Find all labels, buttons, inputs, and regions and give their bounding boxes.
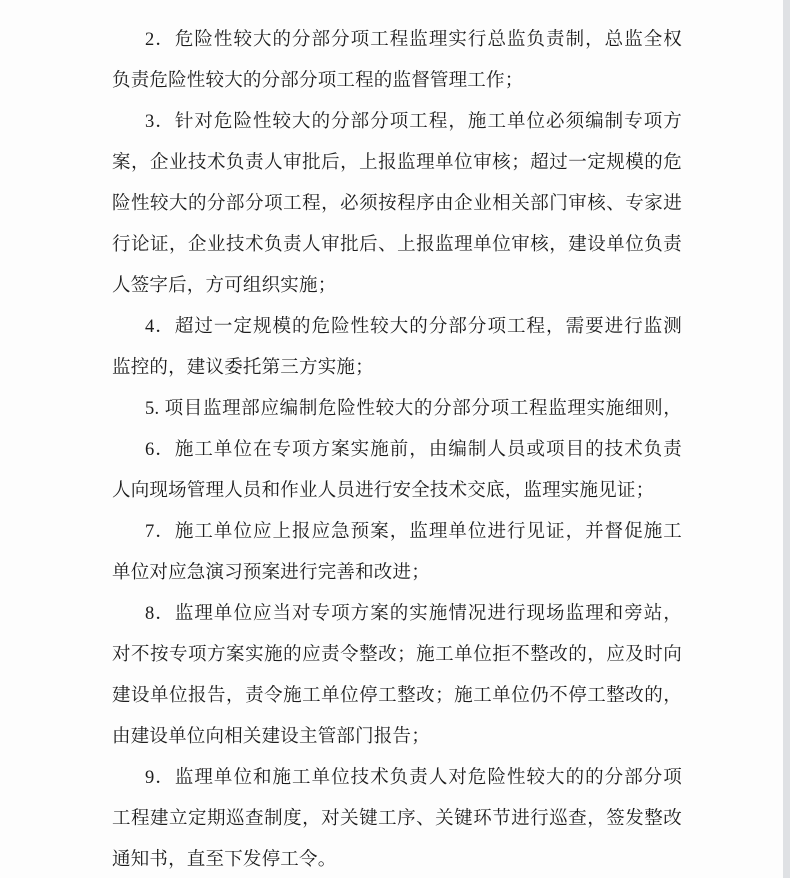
paragraph-9-line-3: 通知书，直至下发停工令。 (112, 840, 682, 878)
paragraph-2-line-1: 2．危险性较大的分部分项工程监理实行总监负责制，总监全权 (112, 20, 682, 61)
paragraph-7-line-1: 7．施工单位应上报应急预案，监理单位进行见证，并督促施工 (112, 512, 682, 553)
paragraph-8-line-4: 由建设单位向相关建设主管部门报告； (112, 717, 682, 758)
document-page: 2．危险性较大的分部分项工程监理实行总监负责制，总监全权负责危险性较大的分部分项… (0, 0, 790, 878)
paragraph-4-line-1: 4．超过一定规模的危险性较大的分部分项工程，需要进行监测 (112, 307, 682, 348)
paragraph-8-line-2: 对不按专项方案实施的应责令整改；施工单位拒不整改的，应及时向 (112, 635, 682, 676)
paragraph-8-line-3: 建设单位报告，责令施工单位停工整改；施工单位仍不停工整改的， (112, 676, 682, 717)
paragraph-7-line-2: 单位对应急演习预案进行完善和改进； (112, 553, 682, 594)
paragraph-9-line-2: 工程建立定期巡查制度，对关键工序、关键环节进行巡查，签发整改 (112, 799, 682, 840)
paragraph-3-line-1: 3．针对危险性较大的分部分项工程，施工单位必须编制专项方 (112, 102, 682, 143)
paragraph-6-line-1: 6．施工单位在专项方案实施前，由编制人员或项目的技术负责 (112, 430, 682, 471)
paragraph-3-line-5: 人签字后，方可组织实施； (112, 266, 682, 307)
paragraph-9-line-1: 9．监理单位和施工单位技术负责人对危险性较大的的分部分项 (112, 758, 682, 799)
paragraph-6-line-2: 人向现场管理人员和作业人员进行安全技术交底，监理实施见证； (112, 471, 682, 512)
scrollbar-track[interactable] (783, 0, 790, 878)
paragraph-3-line-3: 险性较大的分部分项工程，必须按程序由企业相关部门审核、专家进 (112, 184, 682, 225)
paragraph-4-line-2: 监控的，建议委托第三方实施； (112, 348, 682, 389)
paragraph-5-line-1: 5. 项目监理部应编制危险性较大的分部分项工程监理实施细则， (112, 389, 682, 430)
document-body: 2．危险性较大的分部分项工程监理实行总监负责制，总监全权负责危险性较大的分部分项… (112, 20, 682, 878)
paragraph-2-line-2: 负责危险性较大的分部分项工程的监督管理工作； (112, 61, 682, 102)
paragraph-8-line-1: 8．监理单位应当对专项方案的实施情况进行现场监理和旁站， (112, 594, 682, 635)
paragraph-3-line-2: 案，企业技术负责人审批后，上报监理单位审核；超过一定规模的危 (112, 143, 682, 184)
paragraph-3-line-4: 行论证，企业技术负责人审批后、上报监理单位审核，建设单位负责 (112, 225, 682, 266)
